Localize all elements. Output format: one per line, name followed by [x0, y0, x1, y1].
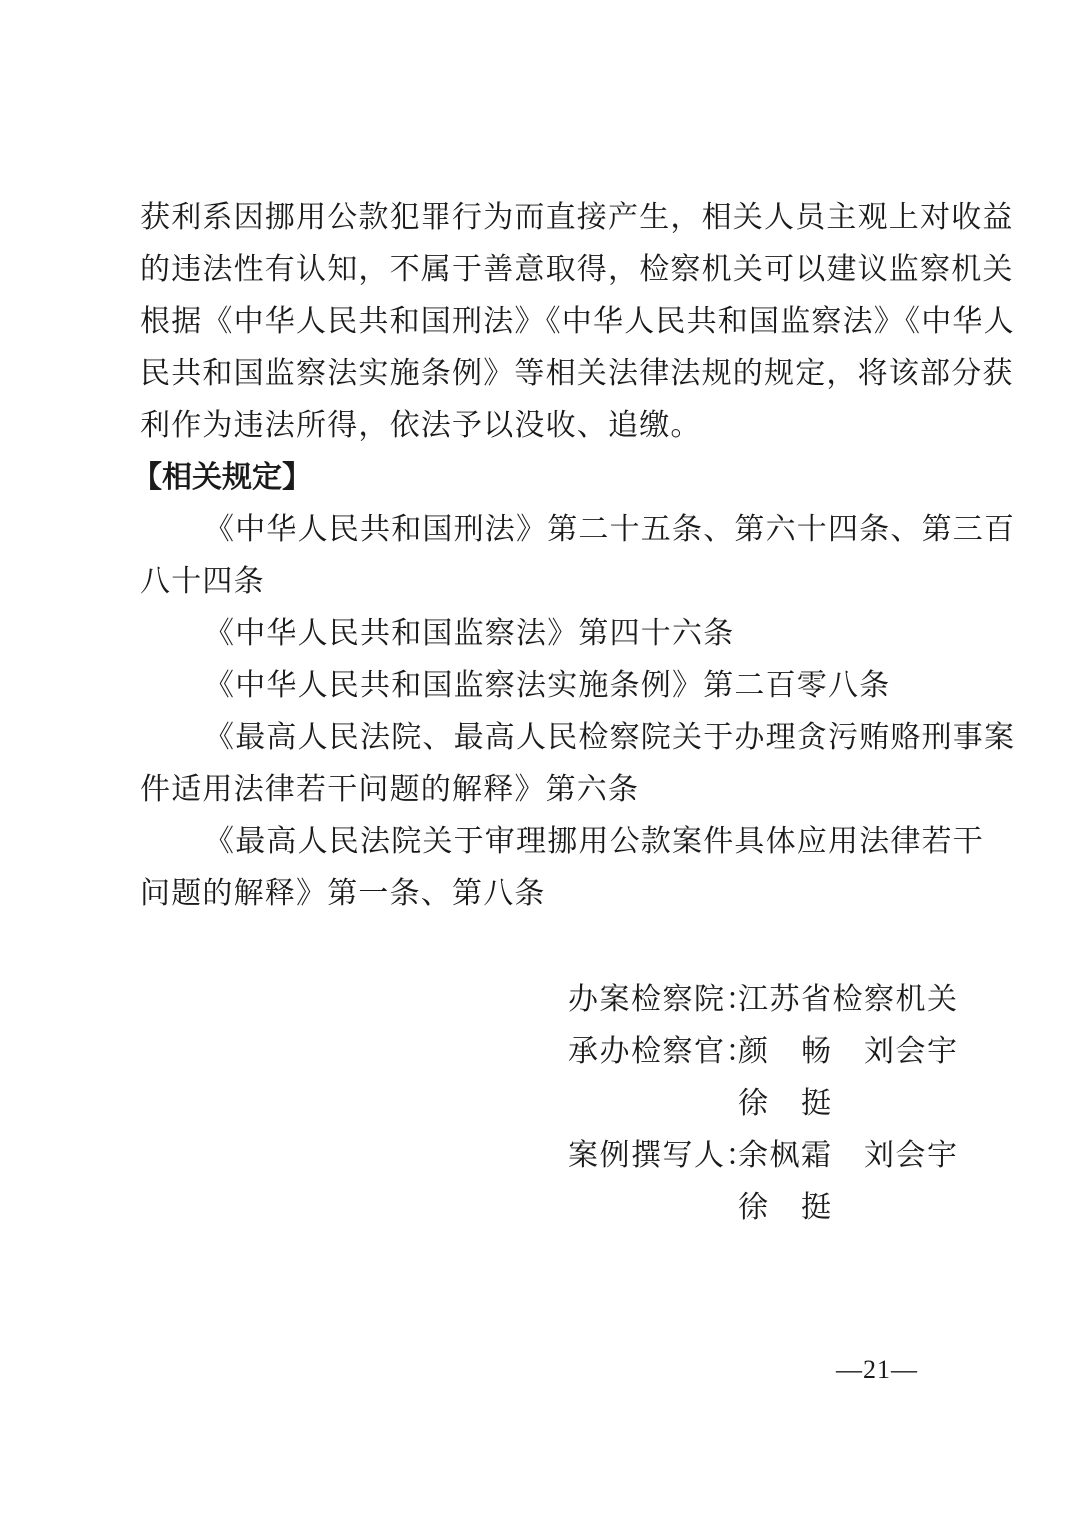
writers-value: 徐 挺	[738, 1182, 833, 1234]
prosecutors-row-continued: 徐 挺	[568, 1078, 833, 1130]
writers-value: 余枫霜 刘会宇	[738, 1130, 959, 1182]
paragraph-line: 利作为违法所得，依法予以没收、追缴。	[140, 400, 940, 452]
prosecutors-value: 颜 畅 刘会宇	[738, 1026, 959, 1078]
writers-row: 案例撰写人：余枫霜 刘会宇	[568, 1130, 959, 1182]
provision-line: 八十四条	[140, 556, 940, 608]
procuratorate-value: 江苏省检察机关	[738, 974, 959, 1026]
prosecutors-row: 承办检察官：颜 畅 刘会宇	[568, 1026, 959, 1078]
provision-line: 《中华人民共和国刑法》第二十五条、第六十四条、第三百	[204, 504, 940, 556]
prosecutors-value: 徐 挺	[738, 1078, 833, 1130]
provision-line: 《中华人民共和国监察法》第四十六条	[204, 608, 940, 660]
provision-line: 件适用法律若干问题的解释》第六条	[140, 764, 940, 816]
procuratorate-label: 办案检察院：	[568, 974, 738, 1026]
prosecutors-label: 承办检察官：	[568, 1026, 738, 1078]
paragraph-line: 获利系因挪用公款犯罪行为而直接产生，相关人员主观上对收益	[140, 192, 940, 244]
paragraph-line: 根据《中华人民共和国刑法》《中华人民共和国监察法》《中华人	[140, 296, 940, 348]
provision-line: 《最高人民法院、最高人民检察院关于办理贪污贿赂刑事案	[204, 712, 940, 764]
provision-line: 《最高人民法院关于审理挪用公款案件具体应用法律若干	[204, 816, 940, 868]
provision-line: 问题的解释》第一条、第八条	[140, 868, 940, 920]
writers-label: 案例撰写人：	[568, 1130, 738, 1182]
section-heading: 【相关规定】	[132, 452, 932, 504]
paragraph-line: 民共和国监察法实施条例》等相关法律法规的规定，将该部分获	[140, 348, 940, 400]
procuratorate-row: 办案检察院：江苏省检察机关	[568, 974, 959, 1026]
writers-row-continued: 徐 挺	[568, 1182, 833, 1234]
paragraph-line: 的违法性有认知，不属于善意取得，检察机关可以建议监察机关	[140, 244, 940, 296]
page-number: —21—	[836, 1352, 918, 1388]
provision-line: 《中华人民共和国监察法实施条例》第二百零八条	[204, 660, 940, 712]
